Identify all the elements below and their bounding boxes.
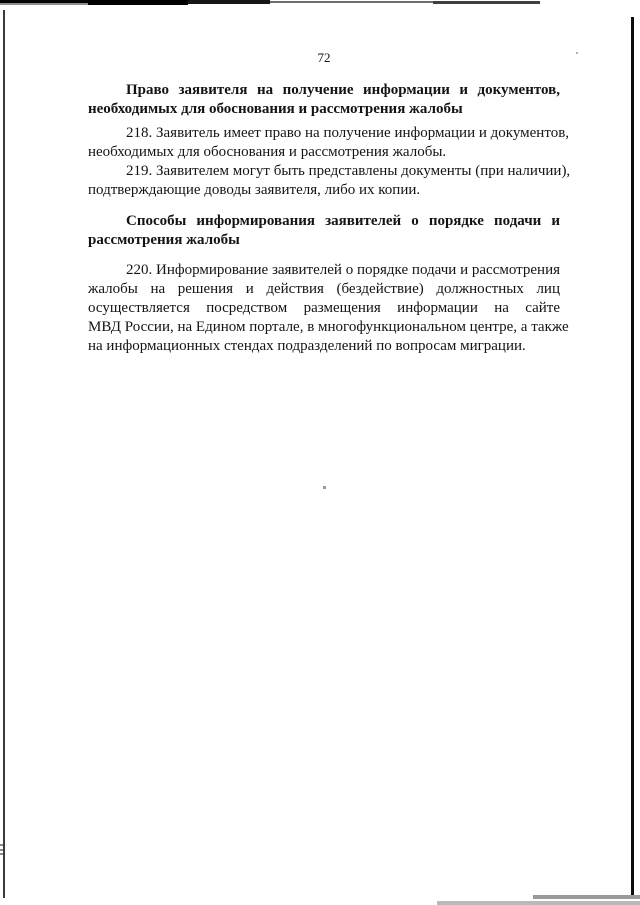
heading-applicant-right: Право заявителя на получение информации … — [88, 81, 560, 119]
scan-edge-top-segment — [0, 3, 88, 5]
text-line: жалобы на решения и действия (бездействи… — [88, 280, 560, 299]
scan-bottom-bar — [533, 895, 640, 899]
text-line: рассмотрения жалобы — [88, 231, 560, 250]
text-line: МВД России, на Едином портале, в многофу… — [88, 318, 560, 337]
scan-tick — [0, 849, 3, 851]
scan-speck — [323, 486, 326, 489]
scan-speck — [576, 52, 578, 54]
text-line: Право заявителя на получение информации … — [88, 81, 560, 100]
scan-bottom-bar — [437, 901, 640, 905]
text-line: 220. Информирование заявителей о порядке… — [88, 261, 560, 280]
scan-edge-top-segment — [88, 0, 188, 5]
page-number: 72 — [88, 49, 560, 66]
scan-tick — [0, 844, 3, 846]
paragraph-218: 218. Заявитель имеет право на получение … — [88, 124, 560, 162]
scan-edge-top-segment — [188, 0, 270, 4]
text-line: 218. Заявитель имеет право на получение … — [88, 124, 560, 143]
text-line: осуществляется посредством размещения ин… — [88, 299, 560, 318]
document-page: 72 Право заявителя на получение информац… — [0, 0, 640, 905]
text-line: необходимых для обоснования и рассмотрен… — [88, 143, 560, 162]
scan-tick — [0, 853, 3, 855]
scan-edge-top-segment — [270, 1, 433, 3]
text-line: 219. Заявителем могут быть представлены … — [88, 162, 560, 181]
paragraph-220: 220. Информирование заявителей о порядке… — [88, 261, 560, 356]
scan-edge-top-segment — [433, 1, 540, 4]
page-left-border — [3, 10, 5, 898]
text-line: на информационных стендах подразделений … — [88, 337, 560, 356]
text-line: Способы информирования заявителей о поря… — [88, 212, 560, 231]
page-right-border — [631, 17, 634, 897]
heading-informing-methods: Способы информирования заявителей о поря… — [88, 212, 560, 250]
paragraph-219: 219. Заявителем могут быть представлены … — [88, 162, 560, 200]
text-line: необходимых для обоснования и рассмотрен… — [88, 100, 560, 119]
text-line: подтверждающие доводы заявителя, либо их… — [88, 181, 560, 200]
